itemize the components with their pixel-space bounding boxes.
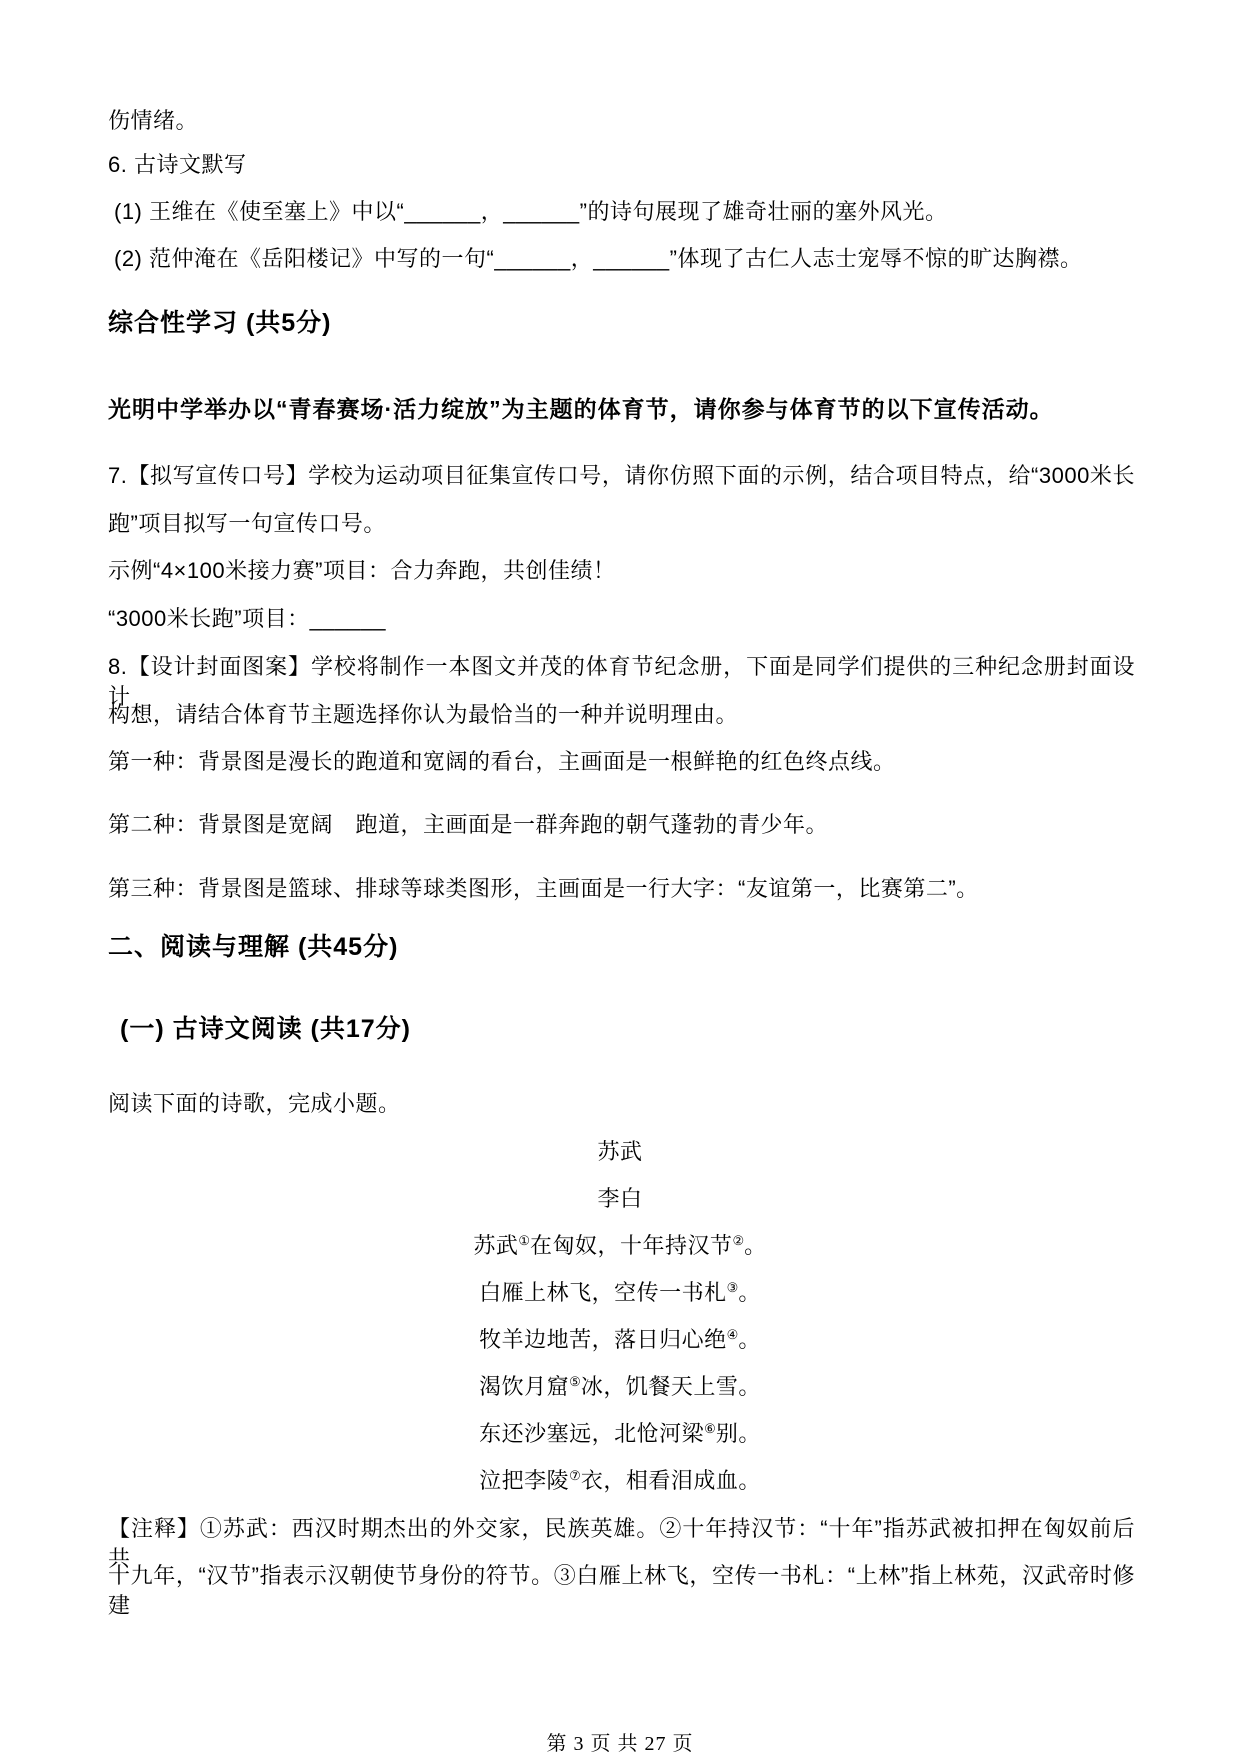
poem-text: 。: [744, 1233, 767, 1258]
q7-line-1: 7.【拟写宣传口号】学校为运动项目征集宣传口号，请你仿照下面的示例，结合项目特点…: [108, 461, 1135, 491]
footnote-ref-5: ⑤: [569, 1374, 581, 1389]
section2-sub1-heading: (一) 古诗文阅读 (共17分): [120, 1012, 1135, 1046]
poem-text: 苏武: [473, 1233, 518, 1258]
poem-text: 渴饮月窟: [479, 1374, 569, 1399]
poem-line-3: 牧羊边地苦，落日归心绝④。: [0, 1325, 1240, 1358]
footnote-ref-3: ③: [727, 1280, 739, 1295]
q6-item-1: (1) 王维在《使至塞上》中以“______，______”的诗句展现了雄奇壮丽…: [114, 197, 1135, 227]
paragraph-fragment: 伤情绪。: [108, 106, 1135, 136]
poem-text: 。: [738, 1280, 761, 1305]
poem-text: 衣，相看泪成血。: [581, 1468, 761, 1493]
section2-heading: 二、阅读与理解 (共45分): [108, 930, 1135, 964]
notes-line-2: 十九年，“汉节”指表示汉朝使节身份的符节。③白雁上林飞，空传一书札：“上林”指上…: [108, 1561, 1135, 1621]
footnote-ref-6: ⑥: [704, 1421, 716, 1436]
q6-title: 6. 古诗文默写: [108, 150, 1135, 180]
poem-line-6: 泣把李陵⑦衣，相看泪成血。: [0, 1466, 1240, 1499]
poem-text: 。: [738, 1327, 761, 1352]
poem-text: 牧羊边地苦，落日归心绝: [479, 1327, 727, 1352]
q7-line-2: 跑”项目拟写一句宣传口号。: [108, 509, 1135, 539]
poem-text: 在匈奴，十年持汉节: [530, 1233, 733, 1258]
q7-blank-line: “3000米长跑”项目：______: [108, 604, 1135, 634]
poem-title: 苏武: [0, 1137, 1240, 1167]
poem-line-5: 东还沙塞远，北怆河梁⑥别。: [0, 1419, 1240, 1452]
q8-option-3: 第三种：背景图是篮球、排球等球类图形，主画面是一行大字：“友谊第一，比赛第二”。: [108, 874, 1135, 904]
reading-instruction: 阅读下面的诗歌，完成小题。: [108, 1089, 1135, 1119]
comprehensive-study-heading: 综合性学习 (共5分): [108, 306, 1135, 340]
poem-text: 白雁上林飞，空传一书札: [479, 1280, 727, 1305]
q6-item-2: (2) 范仲淹在《岳阳楼记》中写的一句“______，______”体现了古仁人…: [114, 244, 1135, 274]
footnote-ref-4: ④: [727, 1327, 739, 1342]
footnote-ref-2: ②: [733, 1233, 745, 1248]
exam-document-page: 伤情绪。 6. 古诗文默写 (1) 王维在《使至塞上》中以“______，___…: [0, 0, 1240, 1754]
q8-option-2: 第二种：背景图是宽阔 跑道，主画面是一群奔跑的朝气蓬勃的青少年。: [108, 810, 1135, 840]
q8-line-2: 构想，请结合体育节主题选择你认为最恰当的一种并说明理由。: [108, 700, 1135, 730]
footnote-ref-1: ①: [518, 1233, 530, 1248]
poem-text: 泣把李陵: [479, 1468, 569, 1493]
poem-line-4: 渴饮月窟⑤冰，饥餐天上雪。: [0, 1372, 1240, 1405]
poem-author: 李白: [0, 1184, 1240, 1214]
poem-text: 东还沙塞远，北怆河梁: [479, 1421, 704, 1446]
comprehensive-intro: 光明中学举办以“青春赛场·活力绽放”为主题的体育节，请你参与体育节的以下宣传活动…: [108, 394, 1135, 424]
q7-example: 示例“4×100米接力赛”项目：合力奔跑，共创佳绩！: [108, 556, 1135, 586]
q8-option-1: 第一种：背景图是漫长的跑道和宽阔的看台，主画面是一根鲜艳的红色终点线。: [108, 747, 1135, 777]
poem-text: 冰，饥餐天上雪。: [581, 1374, 761, 1399]
footnote-ref-7: ⑦: [569, 1468, 581, 1483]
poem-line-1: 苏武①在匈奴，十年持汉节②。: [0, 1231, 1240, 1264]
poem-text: 别。: [716, 1421, 761, 1446]
poem-line-2: 白雁上林飞，空传一书札③。: [0, 1278, 1240, 1311]
page-footer: 第 3 页 共 27 页: [0, 1727, 1240, 1754]
